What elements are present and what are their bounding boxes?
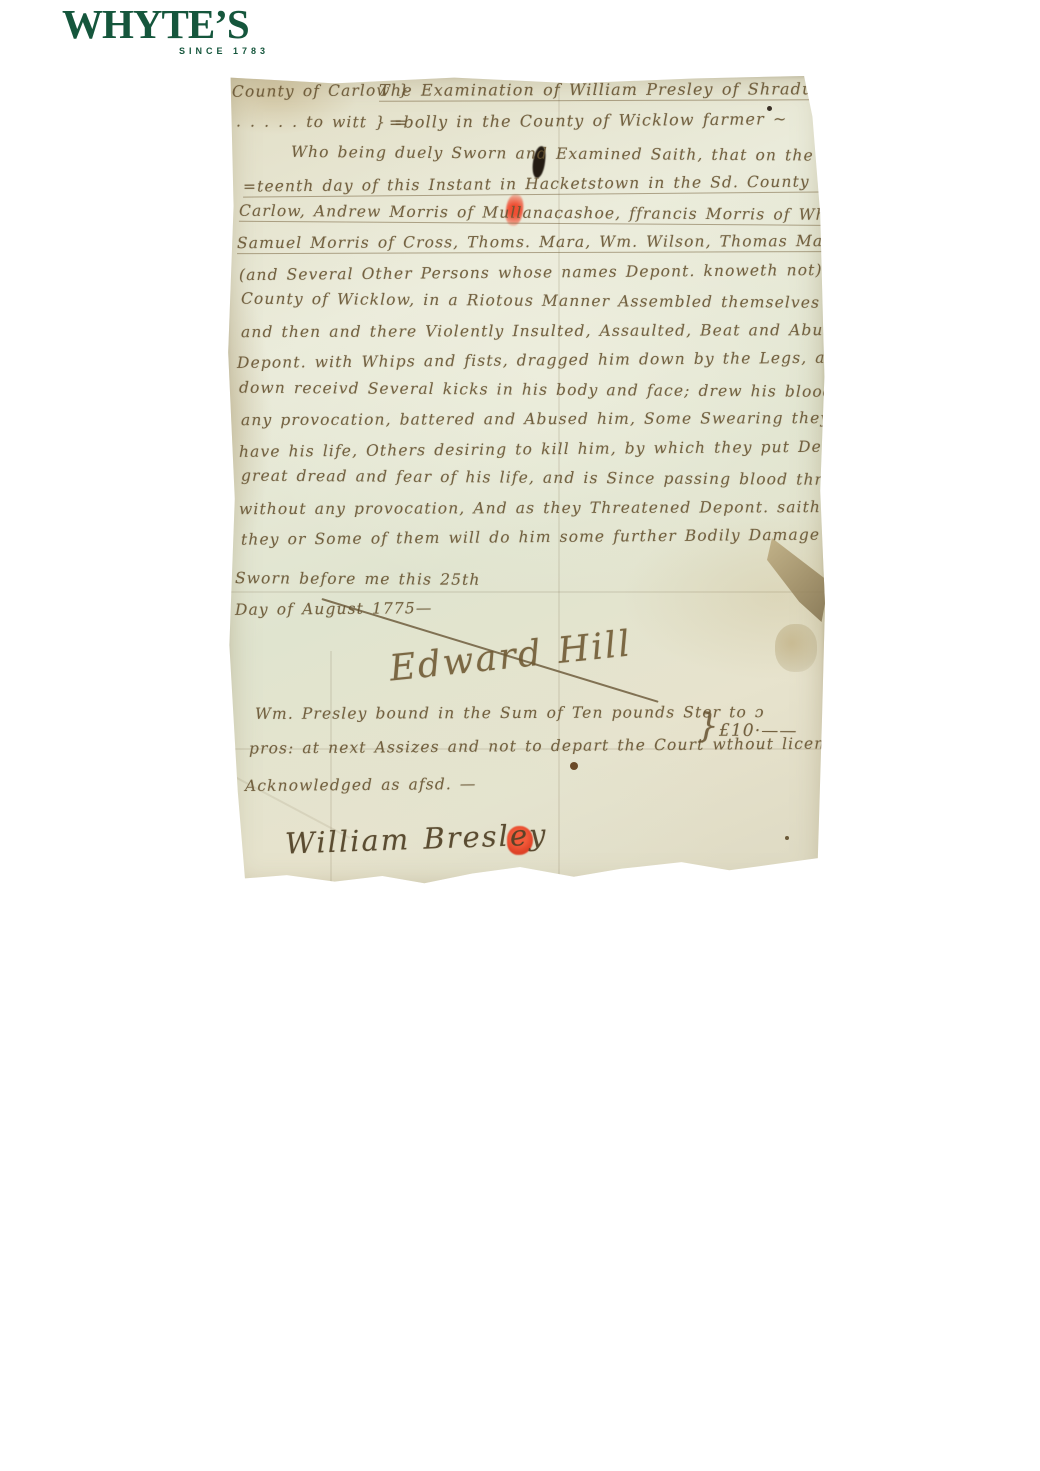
logo-tagline: SINCE 1783: [62, 46, 272, 56]
manuscript-heading-left: . . . . . to witt } =: [236, 112, 408, 131]
manuscript-line: County of Wicklow, in a Riotous Manner A…: [241, 290, 905, 313]
bond-line: Wm. Presley bound in the Sum of Ten poun…: [255, 703, 765, 723]
manuscript-line: (and Several Other Persons whose names D…: [239, 260, 949, 284]
manuscript-line: they or Some of them will do him some fu…: [241, 525, 861, 548]
manuscript-photo: County of Carlow } . . . . . to witt } =…: [227, 76, 825, 889]
manuscript-line: and then and there Violently Insulted, A…: [241, 321, 879, 341]
manuscript-heading-right: The Examination of William Presley of Sh…: [379, 79, 839, 102]
attestation-line: Sworn before me this 25th: [235, 569, 481, 589]
manuscript-line: down receivd Several kicks in his body a…: [239, 379, 904, 402]
acknowledgement-line: Acknowledged as afsd. —: [245, 775, 477, 795]
manuscript-line: =teenth day of this Instant in Hacketsto…: [243, 172, 835, 197]
logo-wordmark: WHYTE’S: [62, 4, 272, 45]
paper-fold: [775, 624, 817, 672]
manuscript-line: Samuel Morris of Cross, Thoms. Mara, Wm.…: [237, 232, 883, 254]
bond-amount: £10·——: [719, 721, 798, 742]
manuscript-line: great dread and fear of his life, and is…: [241, 467, 918, 490]
catalogue-page: WHYTE’S SINCE 1783 County of Carlow } . …: [0, 0, 1040, 1471]
stain-dot: [785, 836, 789, 840]
manuscript-heading-right: =bolly in the County of Wicklow farmer ~: [389, 109, 788, 131]
whytes-logo: WHYTE’S SINCE 1783: [62, 4, 272, 56]
manuscript-line: Who being duely Sworn and Examined Saith…: [291, 143, 889, 165]
paper-tear: [767, 538, 829, 622]
manuscript-line: without any provocation, And as they Thr…: [239, 498, 890, 518]
manuscript-paper: County of Carlow } . . . . . to witt } =…: [227, 76, 825, 889]
manuscript-line: Depont. with Whips and fists, dragged hi…: [237, 348, 903, 372]
manuscript-line: have his life, Others desiring to kill h…: [239, 437, 893, 461]
manuscript-line: Carlow, Andrew Morris of Mullanacashoe, …: [239, 202, 879, 226]
justice-signature: Edward Hill: [388, 623, 634, 689]
bond-brace: }: [697, 706, 720, 746]
manuscript-line: any provocation, battered and Abused him…: [241, 409, 891, 429]
stain-dot: [570, 762, 578, 770]
horizontal-crease: [227, 591, 825, 593]
